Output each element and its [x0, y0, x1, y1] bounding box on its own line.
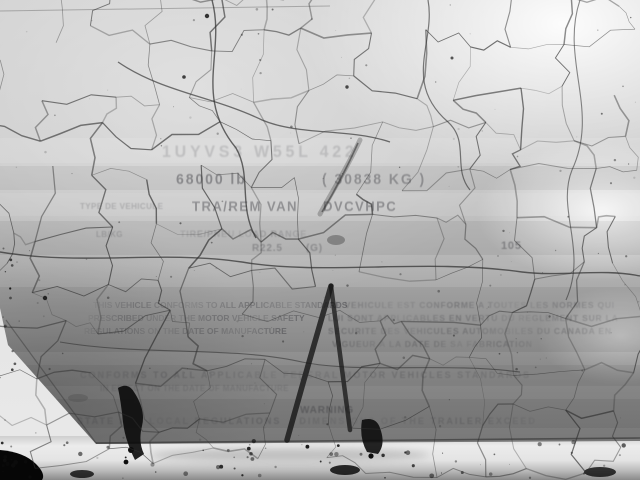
generated-crack-web	[0, 0, 640, 479]
major-crack	[0, 252, 640, 276]
major-crack	[423, 0, 470, 190]
bottom-splatter	[70, 470, 94, 478]
bottom-splatter	[330, 465, 360, 475]
label-left-edge	[6, 320, 96, 443]
label-top-edge	[0, 6, 330, 11]
major-crack	[60, 342, 520, 372]
dark-speck	[205, 14, 209, 18]
dark-speck	[182, 75, 186, 79]
dark-lambda-mark-left	[287, 286, 331, 440]
crack-overlay	[0, 0, 640, 480]
dark-smudge	[327, 235, 345, 245]
ink-blob-center	[361, 419, 382, 454]
ink-drip	[124, 460, 129, 465]
photo-of-trailer-certification-label: 1UYVS3 W55L 422 68000 lb ( 30838 KG ) TY…	[0, 0, 640, 480]
ink-drip	[368, 453, 373, 458]
dark-smudge	[68, 394, 88, 402]
dark-speck	[345, 85, 348, 88]
dark-lambda-mark-right	[331, 286, 350, 430]
dark-speck	[451, 57, 454, 60]
